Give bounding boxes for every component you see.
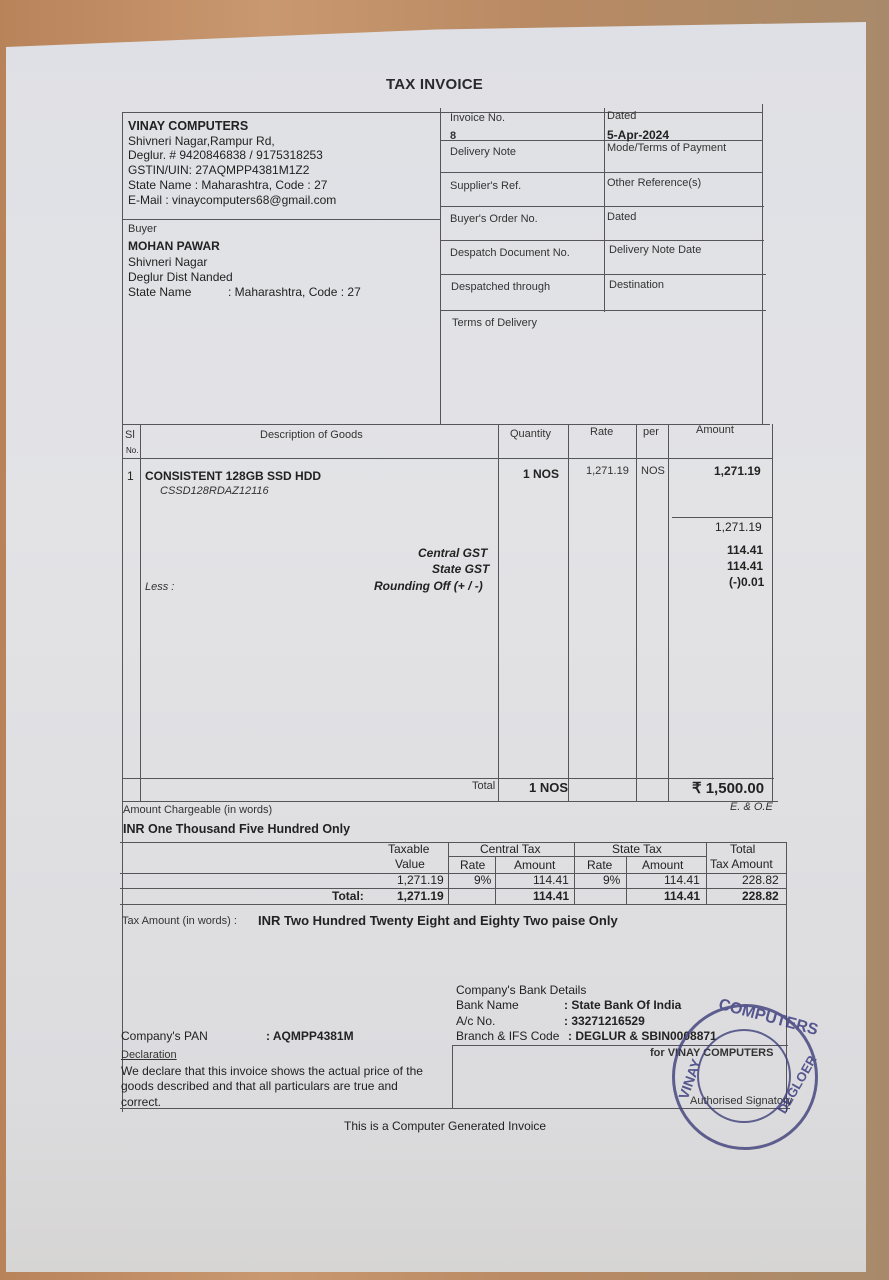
col-line [568,424,569,802]
col-quantity: Quantity [510,428,551,440]
pan-value: : AQMPP4381M [266,1029,354,1043]
divider-header [440,108,441,424]
tax-col-total: Total [730,842,755,856]
col-line [706,842,707,904]
tax-total-label: Total: [332,889,364,903]
delivery-note-date-label: Delivery Note Date [609,244,701,256]
meta-row-line [440,274,766,275]
buyer-name: MOHAN PAWAR [128,239,220,253]
bank-branch-label: Branch & IFS Code [456,1029,559,1043]
rounding-amount: (-)0.01 [729,575,764,589]
tax-total-total: 228.82 [742,889,779,903]
col-line [140,424,141,802]
divider-buyer [122,219,440,220]
declaration-line2: goods described and that all particulars… [121,1079,398,1093]
less-label: Less : [145,581,174,593]
invoice-no: 8 [450,130,456,142]
item-sl: 1 [127,469,134,483]
other-ref-label: Other Reference(s) [607,177,701,189]
total-amount: ₹ 1,500.00 [692,779,764,797]
document-title: TAX INVOICE [386,76,483,93]
terms-delivery-label: Terms of Delivery [452,317,537,329]
col-amount: Amount [696,424,734,436]
dated2-label: Dated [607,211,636,223]
rounding-label: Rounding Off (+ / -) [374,579,483,593]
total-top-line [122,778,774,779]
col-line [495,856,496,904]
mode-terms-label: Mode/Terms of Payment [607,142,726,154]
declaration-line3: correct. [121,1095,161,1109]
col-line [772,424,773,802]
central-gst-amount: 114.41 [727,543,763,557]
tax-col-c-amount: Amount [514,858,555,872]
divider-meta [604,108,605,312]
buyer-state-value: : Maharashtra, Code : 27 [228,285,361,299]
eoe-label: E. & O.E [730,801,773,813]
state-gst-label: State GST [432,562,489,576]
total-label: Total [472,780,495,792]
items-top-line [122,424,770,425]
buyers-order-label: Buyer's Order No. [450,213,538,225]
col-rate: Rate [590,426,613,438]
meta-row-line [440,240,764,241]
seller-state: State Name : Maharashtra, Code : 27 [128,178,327,192]
amount-words-value: INR One Thousand Five Hundred Only [123,822,350,836]
bank-acc-label: A/c No. [456,1014,495,1028]
tax-total-taxable: 1,271.19 [397,889,444,903]
dated-value: 5-Apr-2024 [607,128,669,142]
tax-total-s-amount: 114.41 [664,889,700,903]
meta-row-line [440,206,764,207]
seller-address2: Deglur. # 9420846838 / 9175318253 [128,148,323,162]
col-line [498,424,499,802]
col-line [448,842,449,904]
amount-words-label: Amount Chargeable (in words) [123,804,272,816]
tax-words-value: INR Two Hundred Twenty Eight and Eighty … [258,913,618,928]
col-sl: Sl [125,429,135,441]
seller-email: E-Mail : vinaycomputers68@gmail.com [128,193,336,207]
total-bottom-line [122,801,778,802]
invoice-no-label: Invoice No. [450,112,505,124]
col-line [668,424,669,802]
company-stamp: COMPUTERS VINAY DEGLOER [672,1004,818,1150]
tax-col-s-amount: Amount [642,858,683,872]
tax-s-amount: 114.41 [664,873,700,887]
buyer-address2: Deglur Dist Nanded [128,270,233,284]
meta-row-line [440,310,766,311]
tax-taxable: 1,271.19 [397,873,444,887]
bank-name: : State Bank Of India [564,998,681,1012]
tax-col-taxable: Taxable [388,842,429,856]
col-line [636,424,637,802]
tax-col-tax-amount: Tax Amount [710,857,773,871]
item-per: NOS [641,465,665,477]
buyer-state-label: State Name [128,285,191,299]
items-header-line [122,458,772,459]
central-gst-label: Central GST [418,546,487,560]
border-left [122,112,123,1112]
tax-col-central: Central Tax [480,842,540,856]
col-line [626,856,627,904]
bank-name-label: Bank Name [456,998,519,1012]
bank-acc: : 33271216529 [564,1014,645,1028]
item-serial: CSSD128RDAZ12116 [160,485,269,497]
tax-col-state: State Tax [612,842,662,856]
state-gst-amount: 114.41 [727,559,763,573]
tax-c-amount: 114.41 [533,873,569,887]
buyer-label: Buyer [128,223,157,235]
item-amount: 1,271.19 [714,464,761,478]
tax-total-c-amount: 114.41 [533,889,569,903]
bank-heading: Company's Bank Details [456,983,586,997]
tax-c-rate: 9% [474,873,491,887]
despatched-through-label: Despatched through [451,281,550,293]
tax-subheader-line [448,856,706,857]
delivery-note-label: Delivery Note [450,146,516,158]
border-top [122,112,762,113]
destination-label: Destination [609,279,664,291]
subtotal-line [672,517,772,518]
dated-label: Dated [607,110,636,122]
meta-row-line [440,172,762,173]
col-description: Description of Goods [260,429,363,441]
declaration-label: Declaration [121,1049,177,1061]
border-right-top [762,104,763,424]
item-rate: 1,271.19 [586,465,629,477]
sign-left-line [452,1045,453,1109]
tax-col-c-rate: Rate [460,858,485,872]
seller-name: VINAY COMPUTERS [128,119,248,133]
tax-top-line [120,842,786,843]
tax-s-rate: 9% [603,873,620,887]
pan-label: Company's PAN [121,1029,208,1043]
item-quantity: 1 NOS [523,467,559,481]
tax-col-s-rate: Rate [587,858,612,872]
col-no: No. [126,446,138,455]
tax-total: 228.82 [742,873,779,887]
seller-gstin: GSTIN/UIN: 27AQMPP4381M1Z2 [128,163,309,177]
seller-address1: Shivneri Nagar,Rampur Rd, [128,134,275,148]
buyer-address1: Shivneri Nagar [128,255,207,269]
tax-col-value: Value [395,857,425,871]
meta-row-line [440,140,762,141]
footer-note: This is a Computer Generated Invoice [344,1119,546,1133]
tax-words-label: Tax Amount (in words) : [122,915,237,927]
col-line [574,842,575,904]
suppliers-ref-label: Supplier's Ref. [450,180,521,192]
tax-bottom-line [120,904,786,905]
despatch-doc-label: Despatch Document No. [450,247,570,259]
total-quantity: 1 NOS [529,780,568,795]
subtotal-amount: 1,271.19 [715,520,762,534]
item-description: CONSISTENT 128GB SSD HDD [145,469,321,483]
declaration-line1: We declare that this invoice shows the a… [121,1064,423,1078]
col-per: per [643,426,659,438]
